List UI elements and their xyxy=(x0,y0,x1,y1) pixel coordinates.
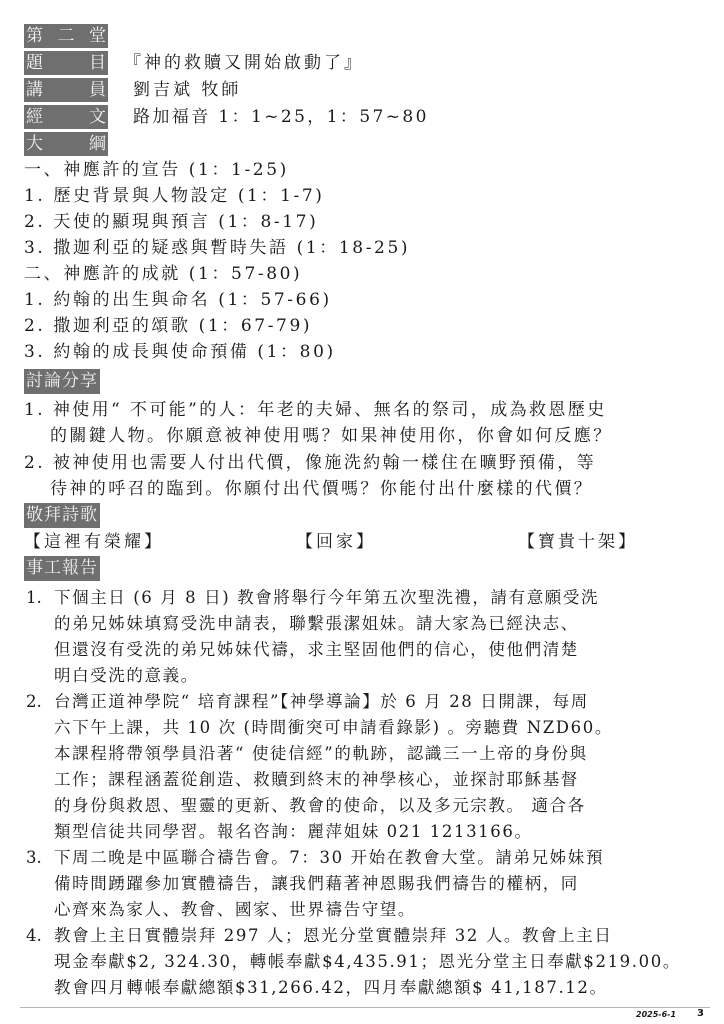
report-line: 的弟兄姊妹填寫受洗申請表，聯繫張潔姐妹。請大家為已經決志、 xyxy=(54,611,599,637)
label-char: 員 xyxy=(89,78,106,102)
label-scripture: 經 文 xyxy=(24,105,108,129)
outline-item: 1. 歷史背景與人物設定 (1：1-7) xyxy=(24,184,324,208)
label-title: 題 目 xyxy=(24,51,108,75)
label-char: 講 xyxy=(26,78,43,102)
outline-heading-1: 一、神應許的宣告 (1：1-25) xyxy=(24,158,289,182)
outline-item: 1. 約翰的出生與命名 (1：57-66) xyxy=(24,288,332,312)
label-speaker: 講 員 xyxy=(24,78,108,102)
report-line: 但還沒有受洗的弟兄姊妹代禱，求主堅固他們的信心，使他們清楚 xyxy=(54,637,599,663)
discussion-line: 待神的呼召的臨到。你願付出代價嗎？你能付出什麼樣的代價？ xyxy=(24,476,596,502)
label-char: 經 xyxy=(26,105,43,129)
report-line: 類型信徒共同學習。報名咨詢：麗萍姐妹 021 1213166。 xyxy=(54,819,613,845)
discussion-item: 2. 被神使用也需要人付出代價，像施洗約翰一樣住在曠野預備，等 待神的呼召的臨到… xyxy=(24,450,596,502)
report-line: 教會上主日實體崇拜 297 人；恩光分堂實體崇拜 32 人。教會上主日 xyxy=(54,923,681,949)
page-number: 3 xyxy=(697,1008,704,1019)
report-line: 六下午上課，共 10 次 (時間衝突可申請看錄影) 。旁聽費 NZD60。 xyxy=(54,715,613,741)
header-row-outline: 大 綱 xyxy=(24,132,108,156)
report-number: 3. xyxy=(26,845,42,871)
outline-item: 3. 約翰的成長與使命預備 (1：80) xyxy=(24,340,336,364)
label-outline: 大 綱 xyxy=(24,132,108,156)
header-row-speaker: 講 員 xyxy=(24,78,108,102)
sermon-title: 『神的救贖又開始啟動了』 xyxy=(124,51,364,75)
discussion-line: 2. 被神使用也需要人付出代價，像施洗約翰一樣住在曠野預備，等 xyxy=(24,450,596,476)
label-char: 題 xyxy=(26,51,43,75)
report-line: 教會四月轉帳奉獻總額$31,266.42，四月奉獻總額$ 41,187.12。 xyxy=(54,975,681,1001)
hymn-title: 【寶貴十架】 xyxy=(518,530,638,554)
report-line: 現金奉獻$2, 324.30，轉帳奉獻$4,435.91；恩光分堂主日奉獻$21… xyxy=(54,949,681,975)
report-number: 2. xyxy=(26,689,42,715)
report-line: 下個主日 (6 月 8 日) 教會將舉行今年第五次聖洗禮，請有意願受洗 xyxy=(54,585,599,611)
label-char: 文 xyxy=(89,105,106,129)
report-line: 心齊來為家人、教會、國家、世界禱告守望。 xyxy=(54,897,604,923)
report-line: 明白受洗的意義。 xyxy=(54,663,599,689)
report-line: 本課程將帶領學員沿著“ 使徒信經”的軌跡，認識三一上帝的身份與 xyxy=(54,741,613,767)
bulletin-page: 第 二 堂 題 目 『神的救贖又開始啟動了』 講 員 劉吉斌 牧師 經 文 路加… xyxy=(0,0,724,1024)
report-line: 備時間踴躍參加實體禱告，讓我們藉著神恩賜我們禱告的權柄，同 xyxy=(54,871,604,897)
footer-date: 2025-6-1 xyxy=(636,1010,676,1019)
report-line: 工作；課程涵蓋從創造、救贖到終末的神學核心，並探討耶穌基督 xyxy=(54,767,613,793)
label-char: 綱 xyxy=(89,132,106,156)
label-char: 目 xyxy=(89,51,106,75)
label-char: 第 xyxy=(26,24,43,48)
outline-item: 3. 撒迦利亞的疑惑與暫時失語 (1：18-25) xyxy=(24,236,410,260)
hymn-title: 【這裡有榮耀】 xyxy=(24,530,164,554)
discussion-line: 1. 神使用“ 不可能”的人：年老的夫婦、無名的祭司，成為救恩歷史 xyxy=(24,397,613,423)
section-label-hymns: 敬拜詩歌 xyxy=(24,503,100,528)
header-row-scripture: 經 文 xyxy=(24,105,108,129)
hymn-title: 【回家】 xyxy=(296,530,376,554)
speaker-name: 劉吉斌 牧師 xyxy=(133,78,241,102)
discussion-line: 的關鍵人物。你願意被神使用嗎？如果神使用你，你會如何反應？ xyxy=(24,423,613,449)
outline-heading-2: 二、神應許的成就 (1：57-80) xyxy=(24,262,302,286)
outline-item: 2. 天使的顯現與預言 (1：8-17) xyxy=(24,210,318,234)
report-line: 下周二晚是中區聯合禱告會。7：30 开始在教會大堂。請弟兄姊妹預 xyxy=(54,845,604,871)
outline-item: 2. 撒迦利亞的頌歌 (1：67-79) xyxy=(24,314,312,338)
report-line: 台灣正道神學院“ 培育課程”【神學導論】於 6 月 28 日開課，每周 xyxy=(54,689,613,715)
section-label-discussion: 討論分享 xyxy=(24,369,100,394)
header-row-title: 題 目 xyxy=(24,51,108,75)
report-line: 的身份與救恩、聖靈的更新、教會的使命，以及多元宗教。 適合各 xyxy=(54,793,613,819)
label-session: 第 二 堂 xyxy=(24,24,108,48)
label-char: 大 xyxy=(26,132,43,156)
scripture-reference: 路加福音 1：1~25，1：57~80 xyxy=(133,105,429,129)
report-number: 4. xyxy=(26,923,42,949)
footer-divider xyxy=(20,1007,710,1008)
header-row-session: 第 二 堂 xyxy=(24,24,108,48)
report-number: 1. xyxy=(26,585,42,611)
label-char: 堂 xyxy=(89,24,106,48)
section-label-reports: 事工報告 xyxy=(24,556,100,581)
discussion-item: 1. 神使用“ 不可能”的人：年老的夫婦、無名的祭司，成為救恩歷史 的關鍵人物。… xyxy=(24,397,613,449)
label-char: 二 xyxy=(58,24,75,48)
